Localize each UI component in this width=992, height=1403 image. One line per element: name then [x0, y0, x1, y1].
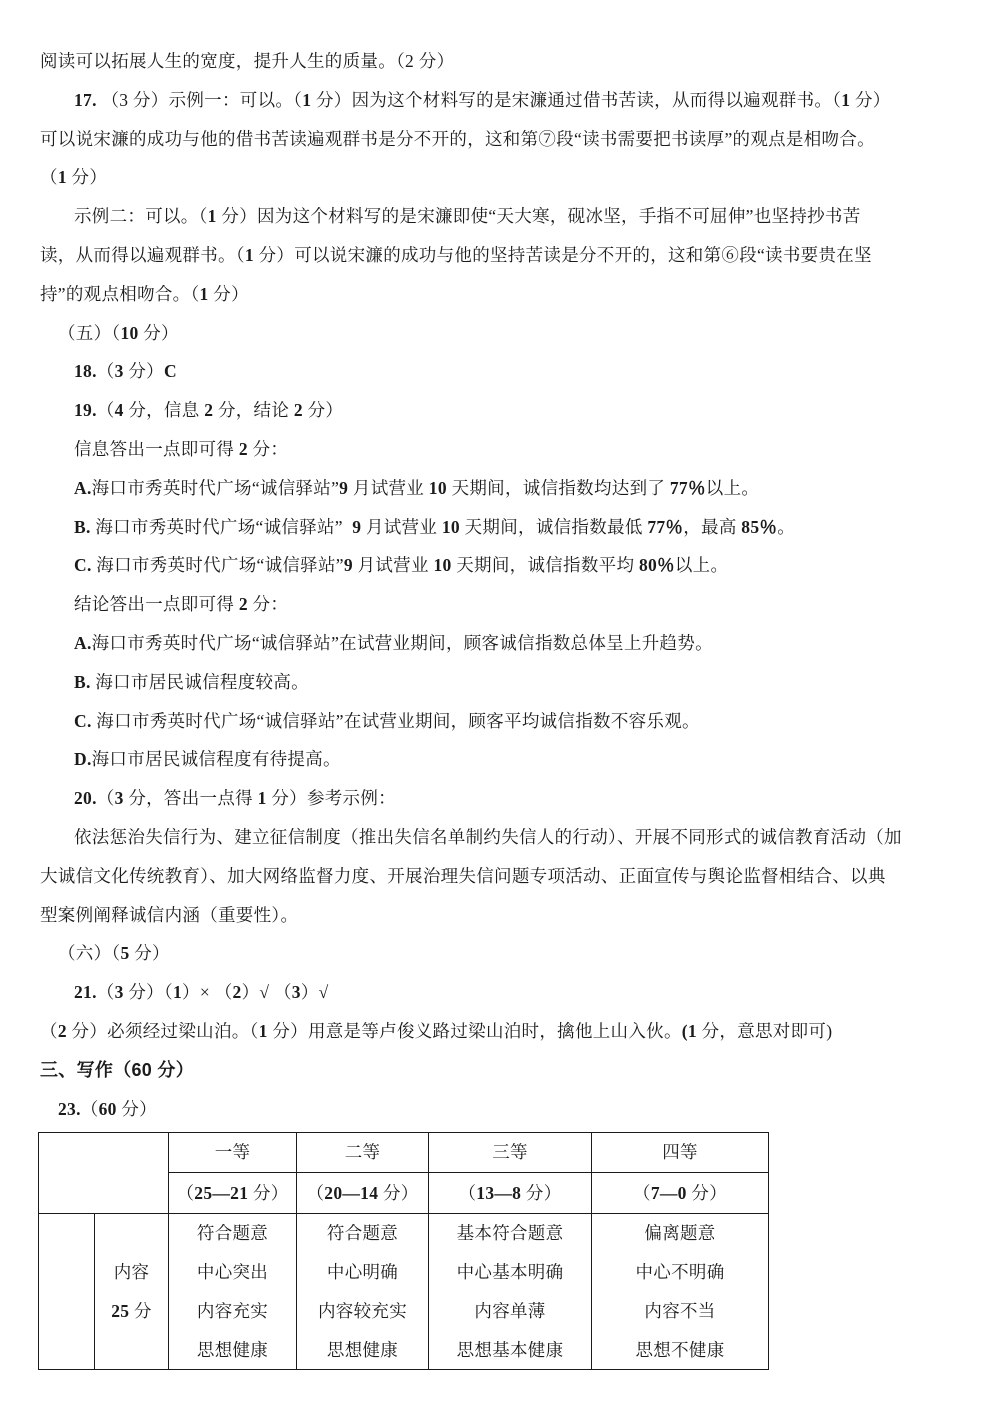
text-segment: 海口市秀英时代广场“诚信驿站”	[92, 555, 344, 575]
q19-info-option-b: B. 海口市秀英时代广场“诚信驿站” 9 月试营业 10 天期间，诚信指数最低 …	[40, 508, 956, 547]
text-segment: 分，信息	[124, 400, 205, 420]
text-segment: 持”的观点相吻合。（	[40, 284, 200, 304]
text-segment: 分，意思对即可)	[697, 1021, 832, 1041]
text-segment: （五）（	[58, 323, 120, 343]
text-segment: 3	[115, 788, 124, 808]
text-segment: 3	[115, 361, 124, 381]
text-segment: ，最高	[683, 517, 741, 537]
text-segment: 分：	[248, 439, 288, 459]
grade-4-name: 四等	[592, 1133, 769, 1173]
criterion: 中心明确	[297, 1253, 428, 1292]
text-segment: 10	[429, 478, 447, 498]
text-segment: 依法惩治失信行为、建立征信制度（推出失信名单制约失信人的行动）、开展不同形式的诚…	[74, 827, 902, 847]
text-segment: 2	[233, 982, 242, 1002]
q21-explanation: （2 分）必须经过梁山泊。（1 分）用意是等卢俊义路过梁山泊时，擒他上山入伙。(…	[40, 1012, 956, 1051]
criterion: 中心突出	[169, 1253, 296, 1292]
text-segment: 9	[352, 517, 361, 537]
rubric-corner-cell	[39, 1133, 169, 1214]
text-segment: （六）（	[58, 943, 120, 963]
text-segment: A.	[74, 633, 92, 653]
text-segment: 。	[777, 517, 795, 537]
text-segment: 2	[239, 439, 248, 459]
text-segment: 18.	[74, 361, 97, 381]
text-segment: 2	[294, 400, 303, 420]
grade-2-name: 二等	[297, 1133, 429, 1173]
text-segment: （3 分）示例一：可以。（	[97, 90, 302, 110]
text-segment: 海口市秀英时代广场“诚信驿站”	[92, 478, 340, 498]
text-segment: （	[97, 400, 115, 420]
criterion: 符合题意	[297, 1214, 428, 1253]
text-segment: 分）	[521, 1183, 561, 1203]
text-segment: （	[176, 1183, 194, 1203]
text-segment: 1	[173, 982, 182, 1002]
q20-answer-line1: 依法惩治失信行为、建立征信制度（推出失信名单制约失信人的行动）、开展不同形式的诚…	[40, 818, 956, 857]
text-segment: （	[97, 788, 115, 808]
text-segment: 分）必须经过梁山泊。（	[67, 1021, 259, 1041]
text-segment: 20.	[74, 788, 97, 808]
q20-header: 20.（3 分，答出一点得 1 分）参考示例：	[40, 779, 956, 818]
text-segment: （	[458, 1183, 476, 1203]
criterion: 思想基本健康	[429, 1331, 591, 1370]
grade-3-name: 三等	[429, 1133, 592, 1173]
text-segment: 分）参考示例：	[267, 788, 396, 808]
text-segment: 分）	[67, 167, 107, 187]
q19-info-note: 信息答出一点即可得 2 分：	[40, 430, 956, 469]
text-segment: 分）用意是等卢俊义路过梁山泊时，擒他上山入伙。	[268, 1021, 682, 1041]
q20-answer-line3: 型案例阐释诚信内涵（重要性）。	[40, 896, 956, 935]
text-segment: 分）因为这个材料写的是宋濂通过借书苦读，从而得以遍观群书。（	[311, 90, 841, 110]
text-segment: 10	[433, 555, 451, 575]
category-score: 25 分	[95, 1292, 168, 1331]
text-segment: 分	[129, 1301, 151, 1321]
text-segment: （	[306, 1183, 324, 1203]
q17-example2-line3: 持”的观点相吻合。（1 分）	[40, 275, 956, 314]
text-segment: 17.	[74, 90, 97, 110]
text-segment: 25	[111, 1301, 129, 1321]
text-segment: 5	[120, 943, 129, 963]
text-segment: 9	[339, 478, 348, 498]
text-segment: ）√	[301, 982, 329, 1002]
rubric-content-row: 内容 25 分 符合题意 中心突出 内容充实 思想健康 符合题意 中心明确 内容…	[39, 1214, 769, 1370]
text-segment: 13—8	[476, 1183, 521, 1203]
text-segment: 1	[200, 284, 209, 304]
text-segment: 天期间，诚信指数最低	[460, 517, 647, 537]
text-segment: 海口市居民诚信程度有待提高。	[92, 749, 341, 769]
text-segment: 1	[302, 90, 311, 110]
text-segment: 信息答出一点即可得	[74, 439, 239, 459]
q17-example1-line2: 可以说宋濂的成功与他的借书苦读遍观群书是分不开的，这和第⑦段“读书需要把书读厚”…	[40, 120, 956, 159]
text-segment: 型案例阐释诚信内涵（重要性）。	[40, 905, 298, 925]
text-segment: 1	[841, 90, 850, 110]
text-segment: （	[40, 167, 58, 187]
criterion: 中心不明确	[592, 1253, 768, 1292]
text-segment: 天期间，诚信指数均达到了	[447, 478, 670, 498]
criterion: 符合题意	[169, 1214, 296, 1253]
q18-answer: 18.（3 分）C	[40, 352, 956, 391]
text-segment: 1	[258, 788, 267, 808]
grade-2-criteria: 符合题意 中心明确 内容较充实 思想健康	[297, 1214, 429, 1370]
text-segment: 77％	[670, 478, 706, 498]
text-segment: 2	[204, 400, 213, 420]
text-segment: C	[164, 361, 177, 381]
text-segment: （	[40, 1021, 58, 1041]
text-segment: 3	[292, 982, 301, 1002]
text-segment: 10	[120, 323, 138, 343]
grade-3-range: （13—8 分）	[429, 1173, 592, 1214]
text-segment: ）× （	[182, 982, 232, 1002]
text-segment: B.	[74, 672, 91, 692]
text-segment: 海口市居民诚信程度较高。	[91, 672, 309, 692]
rubric-category-cell: 内容 25 分	[95, 1214, 169, 1370]
text-segment: 示例二：可以。（	[74, 206, 208, 226]
text-segment: 1	[245, 245, 254, 265]
category-label: 内容	[95, 1253, 168, 1292]
text-segment: 85％	[741, 517, 777, 537]
text-segment: 月试营业	[361, 517, 442, 537]
q19-header: 19.（4 分，信息 2 分，结论 2 分）	[40, 391, 956, 430]
text-segment: 9	[344, 555, 353, 575]
text-segment: 4	[115, 400, 124, 420]
text-segment: 分）	[248, 1183, 288, 1203]
q21-true-false-answers: 21.（3 分）（1）× （2）√ （3）√	[40, 973, 956, 1012]
text-segment: 可以说宋濂的成功与他的借书苦读遍观群书是分不开的，这和第⑦段“读书需要把书读厚”…	[40, 129, 875, 149]
text-segment: 分）	[139, 323, 179, 343]
text-segment: 2	[58, 1021, 67, 1041]
q16-tail-line: 阅读可以拓展人生的宽度，提升人生的质量。（2 分）	[40, 42, 956, 81]
text-segment: 80％	[639, 555, 675, 575]
text-segment: ）√ （	[242, 982, 292, 1002]
q17-example2-line1: 示例二：可以。（1 分）因为这个材料写的是宋濂即使“天大寒，砚冰坚，手指不可屈伸…	[40, 197, 956, 236]
text-segment: 7—0	[651, 1183, 687, 1203]
text-segment: 分）可以说宋濂的成功与他的坚持苦读是分不开的，这和第⑥段“读书要贵在坚	[254, 245, 872, 265]
text-segment: 分）	[130, 943, 170, 963]
grade-1-criteria: 符合题意 中心突出 内容充实 思想健康	[169, 1214, 297, 1370]
text-segment: (1	[682, 1021, 697, 1041]
grade-3-criteria: 基本符合题意 中心基本明确 内容单薄 思想基本健康	[429, 1214, 592, 1370]
q19-conclusion-b: B. 海口市居民诚信程度较高。	[40, 663, 956, 702]
criterion: 思想健康	[297, 1331, 428, 1370]
text-segment: 77％	[647, 517, 683, 537]
text-segment: 月试营业	[348, 478, 429, 498]
q17-example1-line1: 17. （3 分）示例一：可以。（1 分）因为这个材料写的是宋濂通过借书苦读，从…	[40, 81, 956, 120]
text-segment: C.	[74, 711, 92, 731]
criterion: 偏离题意	[592, 1214, 768, 1253]
text-segment: D.	[74, 749, 92, 769]
q19-info-option-c: C. 海口市秀英时代广场“诚信驿站”9 月试营业 10 天期间，诚信指数平均 8…	[40, 546, 956, 585]
rubric-spacer-cell	[39, 1214, 95, 1370]
text-segment: 海口市秀英时代广场“诚信驿站”	[91, 517, 353, 537]
text-segment: 分，结论	[213, 400, 294, 420]
criterion: 内容充实	[169, 1292, 296, 1331]
text-segment: 内容	[114, 1262, 150, 1282]
grade-4-range: （7—0 分）	[592, 1173, 769, 1214]
text-segment: 分）因为这个材料写的是宋濂即使“天大寒，砚冰坚，手指不可屈伸”也坚持抄书苦	[217, 206, 861, 226]
writing-section-header: 三、写作（60 分）	[40, 1051, 956, 1090]
text-segment: 分）	[209, 284, 249, 304]
text-segment: 20—14	[324, 1183, 378, 1203]
text-segment: 天期间，诚信指数平均	[452, 555, 639, 575]
text-segment: B.	[74, 517, 91, 537]
text-segment: （	[97, 361, 115, 381]
text-segment: 23.	[58, 1099, 81, 1119]
q19-conclusion-note: 结论答出一点即可得 2 分：	[40, 585, 956, 624]
text-segment: 分）	[687, 1183, 727, 1203]
criterion: 基本符合题意	[429, 1214, 591, 1253]
text-segment: 1	[259, 1021, 268, 1041]
grade-1-name: 一等	[169, 1133, 297, 1173]
criterion: 内容较充实	[297, 1292, 428, 1331]
criterion: 中心基本明确	[429, 1253, 591, 1292]
text-segment: A.	[74, 478, 92, 498]
text-segment: 1	[208, 206, 217, 226]
text-segment: 结论答出一点即可得	[74, 594, 239, 614]
text-segment: 分）	[117, 1099, 157, 1119]
criterion: 内容不当	[592, 1292, 768, 1331]
q19-conclusion-d: D.海口市居民诚信程度有待提高。	[40, 740, 956, 779]
text-segment: 月试营业	[353, 555, 434, 575]
section-6-header: （六）（5 分）	[40, 934, 956, 973]
text-segment: 3	[115, 982, 124, 1002]
text-segment: （	[81, 1099, 99, 1119]
text-segment: 以上。	[706, 478, 759, 498]
answer-key-text: 阅读可以拓展人生的宽度，提升人生的质量。（2 分） 17. （3 分）示例一：可…	[0, 0, 992, 1370]
text-segment: 21.	[74, 982, 97, 1002]
text-segment: 分）	[850, 90, 890, 110]
text-segment: C.	[74, 555, 92, 575]
q19-conclusion-c: C. 海口市秀英时代广场“诚信驿站”在试营业期间，顾客平均诚信指数不容乐观。	[40, 702, 956, 741]
q19-conclusion-a: A.海口市秀英时代广场“诚信驿站”在试营业期间，顾客诚信指数总体呈上升趋势。	[40, 624, 956, 663]
text-segment: 19.	[74, 400, 97, 420]
text-segment: 1	[58, 167, 67, 187]
criterion: 思想健康	[169, 1331, 296, 1370]
text-segment: 分）	[124, 361, 164, 381]
text-segment: 分，答出一点得	[124, 788, 258, 808]
q20-answer-line2: 大诚信文化传统教育）、加大网络监督力度、开展治理失信问题专项活动、正面宣传与舆论…	[40, 857, 956, 896]
text-segment: 分）	[303, 400, 343, 420]
grade-4-criteria: 偏离题意 中心不明确 内容不当 思想不健康	[592, 1214, 769, 1370]
criterion: 思想不健康	[592, 1331, 768, 1370]
q23-header: 23.（60 分）	[40, 1090, 956, 1129]
text-segment: 海口市秀英时代广场“诚信驿站”在试营业期间，顾客诚信指数总体呈上升趋势。	[92, 633, 713, 653]
answer-key-page: 阅读可以拓展人生的宽度，提升人生的质量。（2 分） 17. （3 分）示例一：可…	[0, 0, 992, 1403]
q19-info-option-a: A.海口市秀英时代广场“诚信驿站”9 月试营业 10 天期间，诚信指数均达到了 …	[40, 469, 956, 508]
text-segment: 60	[99, 1099, 117, 1119]
text-segment: 阅读可以拓展人生的宽度，提升人生的质量。（2 分）	[40, 51, 454, 71]
text-segment: 大诚信文化传统教育）、加大网络监督力度、开展治理失信问题专项活动、正面宣传与舆论…	[40, 866, 886, 886]
text-segment: 分）（	[124, 982, 173, 1002]
text-segment: 10	[442, 517, 460, 537]
grade-2-range: （20—14 分）	[297, 1173, 429, 1214]
text-segment: 海口市秀英时代广场“诚信驿站”在试营业期间，顾客平均诚信指数不容乐观。	[92, 711, 700, 731]
criterion: 内容单薄	[429, 1292, 591, 1331]
text-segment: 分）	[378, 1183, 418, 1203]
section-5-header: （五）（10 分）	[40, 314, 956, 353]
grading-rubric-table: 一等 二等 三等 四等 （25—21 分） （20—14 分） （13—8 分）…	[38, 1132, 769, 1370]
rubric-grade-name-row: 一等 二等 三等 四等	[39, 1133, 769, 1173]
text-segment: （	[633, 1183, 651, 1203]
text-segment: 2	[239, 594, 248, 614]
q17-example1-line3: （1 分）	[40, 158, 956, 197]
text-segment: 25—21	[194, 1183, 248, 1203]
text-segment: 以上。	[675, 555, 728, 575]
text-segment: 读，从而得以遍观群书。（	[40, 245, 245, 265]
grade-1-range: （25—21 分）	[169, 1173, 297, 1214]
text-segment: 三、写作（60 分）	[40, 1060, 194, 1080]
text-segment: （	[97, 982, 115, 1002]
text-segment: 分：	[248, 594, 288, 614]
q17-example2-line2: 读，从而得以遍观群书。（1 分）可以说宋濂的成功与他的坚持苦读是分不开的，这和第…	[40, 236, 956, 275]
